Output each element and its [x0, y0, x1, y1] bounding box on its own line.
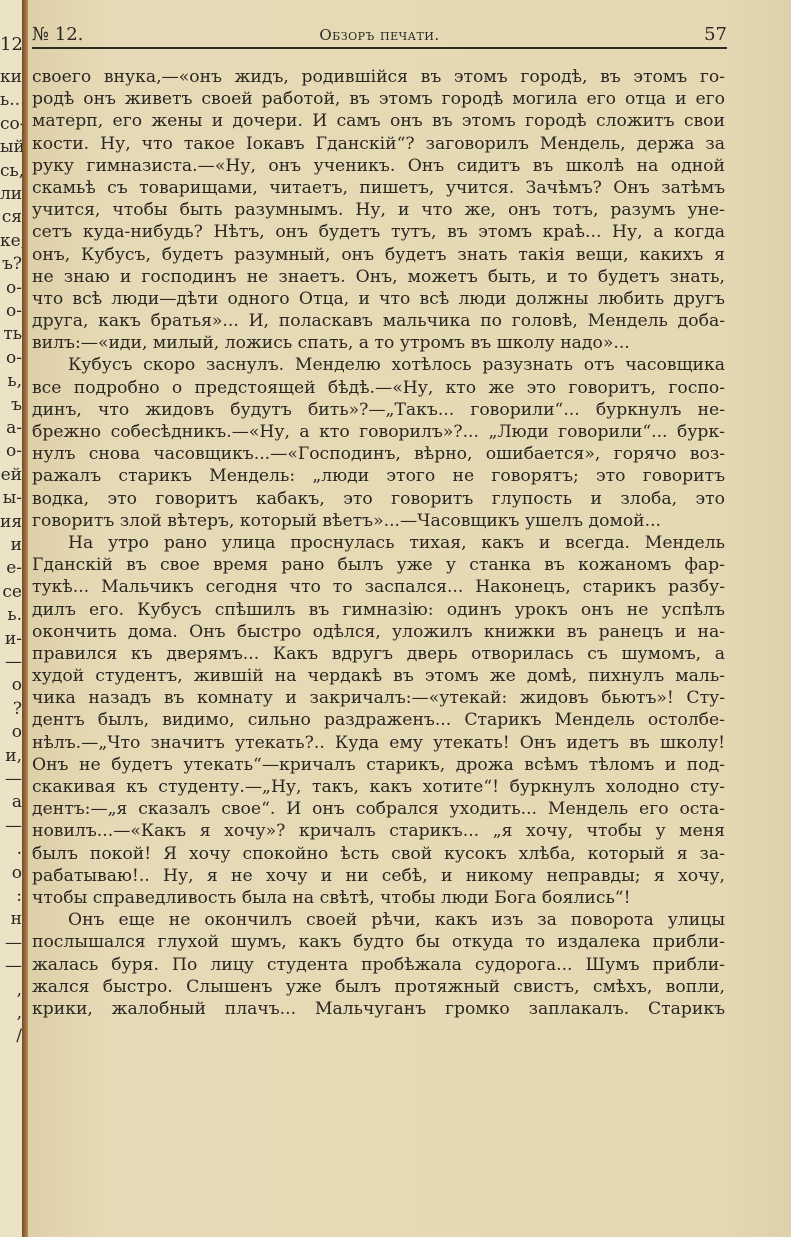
facing-page-fragment: о- — [0, 277, 22, 299]
text-line: скамьѣ съ товарищами, читаетъ, пишетъ, у… — [32, 177, 725, 199]
facing-page-fragment: — — [0, 768, 22, 790]
facing-page-fragment: . — [0, 838, 22, 860]
text-line: говоритъ злой вѣтеръ, который вѣетъ»...—… — [32, 510, 725, 532]
text-line: худой студентъ, жившій на чердакѣ въ это… — [32, 665, 725, 687]
facing-page-fragment: сь, — [0, 160, 22, 182]
facing-page-fragment: — — [0, 955, 22, 977]
facing-page-fragment: ей — [0, 464, 22, 486]
facing-page-fragment: , — [0, 979, 22, 1001]
facing-page-fragment: се — [0, 581, 22, 603]
text-line: нулъ снова часовщикъ...—«Господинъ, вѣрн… — [32, 443, 725, 465]
text-line: руку гимназиста.—«Ну, онъ ученикъ. Онъ с… — [32, 155, 725, 177]
text-line: сетъ куда-нибудь? Нѣтъ, онъ будетъ тутъ,… — [32, 221, 725, 243]
text-line: Гданскій въ свое время рано былъ уже у с… — [32, 554, 725, 576]
facing-page-fragment: о — [0, 721, 22, 743]
facing-page-fragment: ь. — [0, 604, 22, 626]
running-header: № 12. Обзоръ печати. 57 — [32, 24, 727, 48]
text-line: новилъ...—«Какъ я хочу»? кричалъ старикъ… — [32, 820, 725, 842]
facing-page-fragment: а- — [0, 417, 22, 439]
text-line: вилъ:—«иди, милый, ложись спать, а то ут… — [32, 332, 725, 354]
text-line: рабатываю!.. Ну, я не хочу и ни себѣ, и … — [32, 865, 725, 887]
text-line: все подробно о предстоящей бѣдѣ.—«Ну, кт… — [32, 377, 725, 399]
text-line: брежно собесѣдникъ.—«Ну, а кто говорилъ»… — [32, 421, 725, 443]
facing-page-fragment: о — [0, 862, 22, 884]
facing-page-edge: 12. киь...со-ыйсь,лисяке,ъ?о-о-тьо-ь,ъа-… — [0, 0, 22, 1237]
text-line: былъ покой! Я хочу спокойно ѣсть свой ку… — [32, 843, 725, 865]
facing-page-fragment: — — [0, 815, 22, 837]
facing-page-fragment: ли — [0, 183, 22, 205]
facing-page-fragment: ь, — [0, 370, 22, 392]
facing-page-fragment: ъ? — [0, 253, 22, 275]
facing-page-fragment: н — [0, 908, 22, 930]
facing-page-fragment: и- — [0, 628, 22, 650]
text-line: правился къ дверямъ... Какъ вдругъ дверь… — [32, 643, 725, 665]
text-line: дентъ былъ, видимо, сильно раздраженъ...… — [32, 709, 725, 731]
facing-page-fragment: ый — [0, 136, 22, 158]
facing-page-fragment: и, — [0, 745, 22, 767]
facing-page-fragment: / — [0, 1025, 22, 1047]
facing-page-fragment: ся — [0, 206, 22, 228]
header-rule — [32, 47, 727, 49]
facing-page-fragment: ы- — [0, 487, 22, 509]
text-line: дентъ:—„я сказалъ свое“. И онъ собрался … — [32, 798, 725, 820]
facing-page-fragment: ке, — [0, 230, 22, 252]
text-line: окончить дома. Онъ быстро одѣлся, уложил… — [32, 621, 725, 643]
facing-page-number: 12. — [0, 34, 22, 55]
facing-page-fragment: е- — [0, 557, 22, 579]
facing-page-fragment: и — [0, 534, 22, 556]
facing-page-fragment: о- — [0, 347, 22, 369]
facing-page-fragment: а — [0, 791, 22, 813]
facing-page-fragment: ия — [0, 511, 22, 533]
text-line: кости. Ну, что такое Іокавъ Гданскій“? з… — [32, 133, 725, 155]
text-line: Онъ еще не окончилъ своей рѣчи, какъ изъ… — [32, 909, 725, 931]
text-line: друга, какъ братья»... И, поласкавъ маль… — [32, 310, 725, 332]
facing-page-fragment: — — [0, 651, 22, 673]
text-line: учится, чтобы быть разумнымъ. Ну, и что … — [32, 199, 725, 221]
facing-page-fragment: — — [0, 932, 22, 954]
text-line: чтобы справедливость была на свѣтѣ, чтоб… — [32, 887, 725, 909]
text-line: чика назадъ въ комнату и закричалъ:—«уте… — [32, 687, 725, 709]
text-line: что всѣ люди—дѣти одного Отца, и что всѣ… — [32, 288, 725, 310]
text-line: Онъ не будетъ утекать“—кричалъ старикъ, … — [32, 754, 725, 776]
facing-page-fragment: ть — [0, 323, 22, 345]
text-line: своего внука,—«онъ жидъ, родившійся въ э… — [32, 66, 725, 88]
facing-page-fragment: ки — [0, 66, 22, 88]
text-line: тукѣ... Мальчикъ сегодня что то заспался… — [32, 576, 725, 598]
text-line: крики, жалобный плачъ... Мальчуганъ гром… — [32, 998, 725, 1020]
facing-page-fragment: ? — [0, 698, 22, 720]
text-line: ражалъ старикъ Мендель: „люди этого не г… — [32, 465, 725, 487]
text-line: онъ, Кубусъ, будетъ разумный, онъ будетъ… — [32, 244, 725, 266]
text-line: водка, это говоритъ кабакъ, это говоритъ… — [32, 488, 725, 510]
facing-page-fragment: о- — [0, 440, 22, 462]
facing-page-fragment: о — [0, 674, 22, 696]
facing-page-fragment: ь... — [0, 89, 22, 111]
text-line: послышался глухой шумъ, какъ будто бы от… — [32, 931, 725, 953]
text-line: дилъ его. Кубусъ спѣшилъ въ гимназію: од… — [32, 599, 725, 621]
text-line: динъ, что жидовъ будутъ бить»?—„Такъ... … — [32, 399, 725, 421]
article-body: своего внука,—«онъ жидъ, родившійся въ э… — [32, 66, 725, 1020]
text-line: жалась буря. По лицу студента пробѣжала … — [32, 954, 725, 976]
section-title: Обзоръ печати. — [32, 26, 727, 44]
facing-page-fragment: : — [0, 885, 22, 907]
page-number: 57 — [704, 24, 727, 45]
text-line: родѣ онъ живетъ своей работой, въ этомъ … — [32, 88, 725, 110]
facing-page-fragment: о- — [0, 300, 22, 322]
facing-page-fragment: со- — [0, 113, 22, 135]
text-line: Кубусъ скоро заснулъ. Менделю хотѣлось р… — [32, 354, 725, 376]
facing-page-fragment: ъ — [0, 394, 22, 416]
text-line: жался быстро. Слышенъ уже былъ протяжный… — [32, 976, 725, 998]
facing-page-fragment: , — [0, 1002, 22, 1024]
text-line: На утро рано улица проснулась тихая, как… — [32, 532, 725, 554]
text-line: матерп, его жены и дочери. И самъ онъ въ… — [32, 110, 725, 132]
text-line: нѣлъ.—„Что значитъ утекать?.. Куда ему у… — [32, 732, 725, 754]
text-line: скакивая къ студенту.—„Ну, такъ, какъ хо… — [32, 776, 725, 798]
text-line: не знаю и господинъ не знаетъ. Онъ, може… — [32, 266, 725, 288]
book-page: № 12. Обзоръ печати. 57 своего внука,—«о… — [28, 0, 791, 1237]
